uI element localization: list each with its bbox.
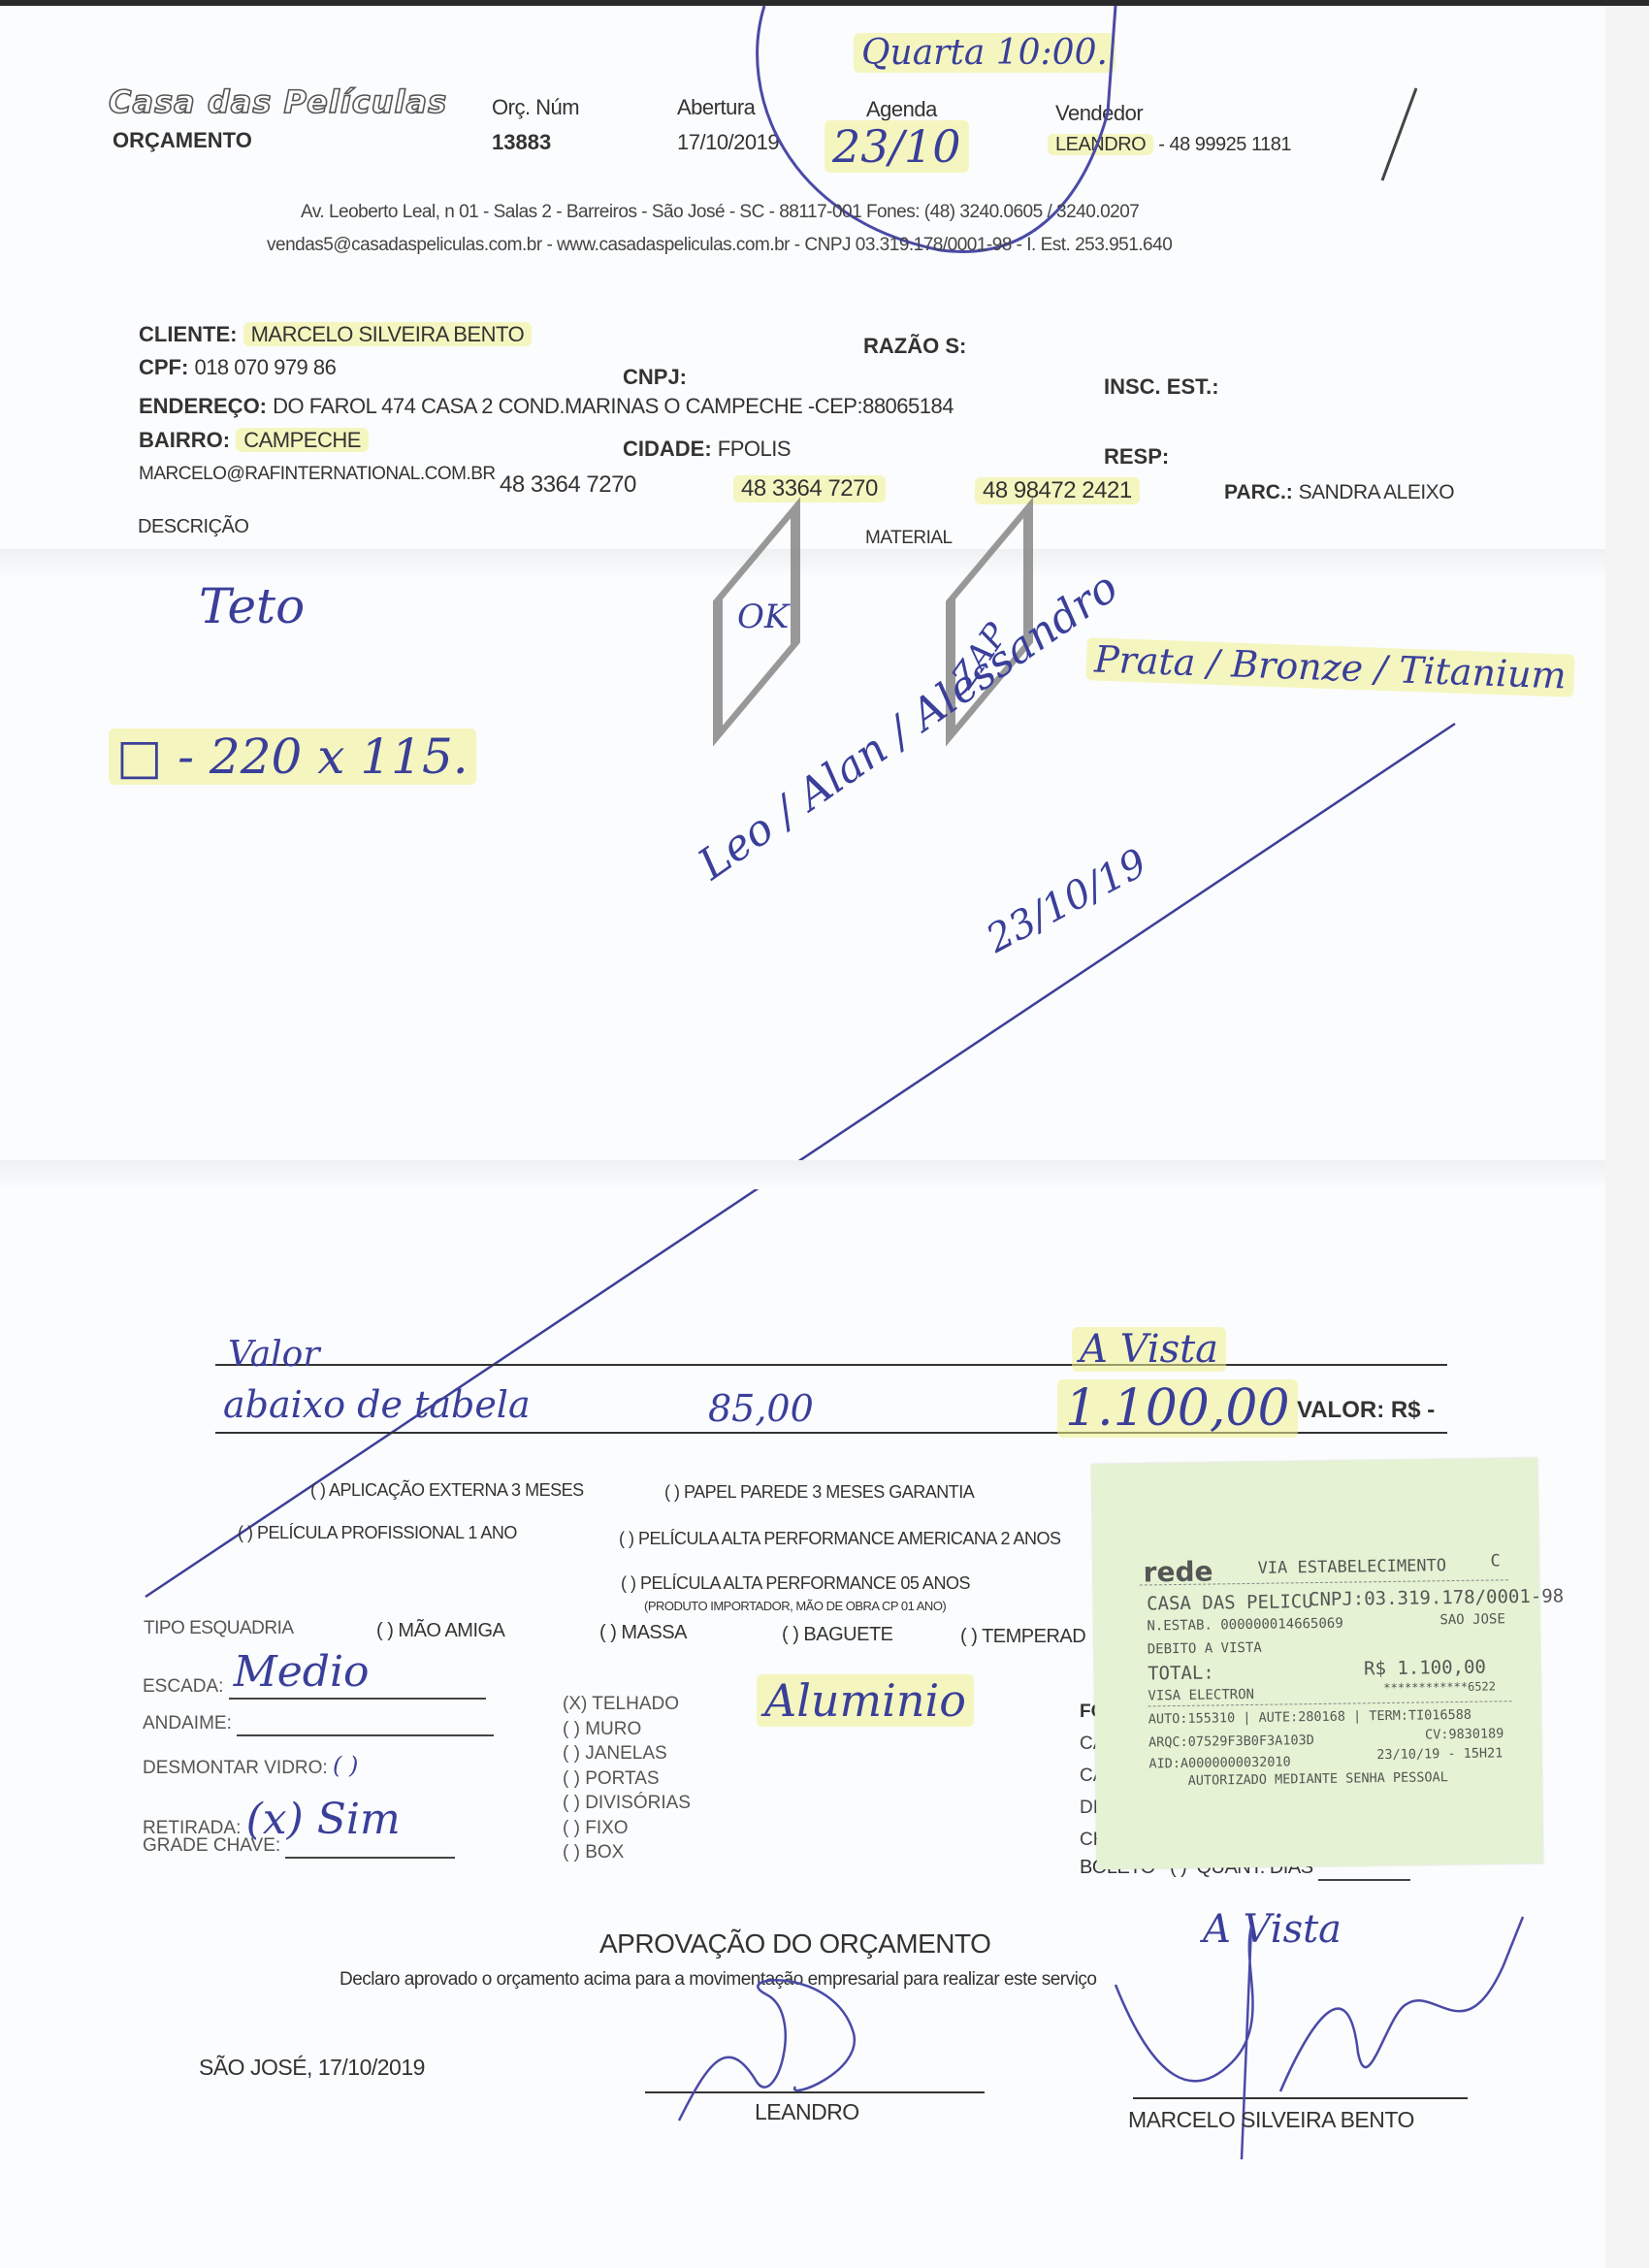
receipt-card-mask: ************6522 — [1383, 1679, 1496, 1695]
seller-name: LEANDRO — [755, 2099, 859, 2125]
escada-handwritten: Medio — [234, 1647, 370, 1697]
desmontar-vidro-label: DESMONTAR VIDRO: — [143, 1758, 328, 1778]
andaime-line — [237, 1713, 494, 1736]
esquadria-massa[interactable]: ( ) MASSA — [599, 1622, 687, 1644]
esquadria-baguete[interactable]: ( ) BAGUETE — [782, 1624, 893, 1646]
receipt-via-mark: C — [1490, 1551, 1501, 1571]
grade-chave-line — [285, 1835, 455, 1859]
handwritten-total: 1.100,00 — [1057, 1379, 1298, 1438]
grade-chave-field: GRADE CHAVE: — [143, 1835, 455, 1859]
escada-line: Medio — [229, 1676, 486, 1700]
desmontar-vidro-handwritten: ( ) — [333, 1752, 358, 1779]
receipt-via: VIA ESTABELECIMENTO — [1257, 1556, 1446, 1578]
pricing-rule-top — [215, 1364, 1447, 1366]
location-muro[interactable]: ( ) MURO — [563, 1717, 691, 1742]
option-pelicula-americana[interactable]: ( ) PELÍCULA ALTA PERFORMANCE AMERICANA … — [619, 1529, 1060, 1549]
handwritten-payment-mode: A Vista — [1072, 1327, 1226, 1372]
esquadria-mao-amiga[interactable]: ( ) MÃO AMIGA — [376, 1620, 504, 1642]
receipt-total-value: R$ 1.100,00 — [1364, 1657, 1486, 1680]
handwritten-below-table-note: abaixo de tabela — [223, 1383, 531, 1426]
paper-fold — [0, 1160, 1605, 1189]
location-divisorias[interactable]: ( ) DIVISÓRIAS — [563, 1791, 691, 1816]
receipt-merchant: CASA DAS PELICU — [1147, 1591, 1313, 1614]
receipt-type: DEBITO A VISTA — [1148, 1640, 1262, 1658]
budget-document: Casa das Películas ORÇAMENTO Orç. Núm 13… — [0, 6, 1605, 2268]
receipt-estab: N.ESTAB. 000000014665069 — [1147, 1616, 1343, 1635]
escada-label: ESCADA: — [143, 1676, 223, 1697]
receipt-card-brand: VISA ELECTRON — [1148, 1687, 1254, 1704]
valor-label: VALOR: R$ - — [1297, 1397, 1435, 1424]
location-options: (X) TELHADO ( ) MURO ( ) JANELAS ( ) POR… — [563, 1692, 691, 1865]
card-payment-receipt: rede VIA ESTABELECIMENTO C CASA DAS PELI… — [1091, 1458, 1543, 1869]
option-aplicacao-externa[interactable]: ( ) APLICAÇÃO EXTERNA 3 MESES — [310, 1480, 584, 1501]
receipt-city: SAO JOSE — [1439, 1611, 1505, 1628]
receipt-total-label: TOTAL: — [1148, 1662, 1214, 1684]
receipt-footer: AUTORIZADO MEDIANTE SENHA PESSOAL — [1188, 1769, 1448, 1789]
location-janelas[interactable]: ( ) JANELAS — [563, 1741, 691, 1766]
receipt-aid: AID:A0000000032010 — [1148, 1754, 1291, 1771]
receipt-arqc: ARQC:07529F3B0F3A103D — [1148, 1733, 1314, 1750]
desmontar-vidro-field: DESMONTAR VIDRO: ( ) — [143, 1752, 358, 1779]
andaime-field: ANDAIME: — [143, 1713, 494, 1736]
handwritten-frame-material: Aluminio — [757, 1674, 974, 1727]
location-fixo[interactable]: ( ) FIXO — [563, 1816, 691, 1841]
approval-title: APROVAÇÃO DO ORÇAMENTO — [599, 1928, 990, 1960]
location-box[interactable]: ( ) BOX — [563, 1840, 691, 1865]
location-telhado[interactable]: (X) TELHADO — [563, 1692, 691, 1717]
location-portas[interactable]: ( ) PORTAS — [563, 1766, 691, 1792]
handwritten-valor: Valor — [228, 1335, 320, 1375]
receipt-cnpj: CNPJ:03.319.178/0001-98 — [1309, 1585, 1564, 1610]
receipt-auth-line: AUTO:155310 | AUTE:280168 | TERM:TI01658… — [1148, 1707, 1471, 1728]
client-name: MARCELO SILVEIRA BENTO — [1128, 2107, 1414, 2133]
handwritten-unit-price: 85,00 — [708, 1387, 814, 1430]
andaime-label: ANDAIME: — [143, 1713, 232, 1733]
option-papel-parede[interactable]: ( ) PAPEL PAREDE 3 MESES GARANTIA — [664, 1482, 974, 1503]
option-pelicula-05-anos[interactable]: ( ) PELÍCULA ALTA PERFORMANCE 05 ANOS — [621, 1573, 970, 1594]
tipo-esquadria-label: TIPO ESQUADRIA — [144, 1618, 294, 1639]
receipt-datetime: 23/10/19 - 15H21 — [1376, 1745, 1503, 1763]
esquadria-temperado[interactable]: ( ) TEMPERAD — [960, 1626, 1085, 1648]
approval-place-date: SÃO JOSÉ, 17/10/2019 — [199, 2055, 425, 2081]
grade-chave-label: GRADE CHAVE: — [143, 1835, 280, 1856]
option-pelicula-profissional[interactable]: ( ) PELÍCULA PROFISSIONAL 1 ANO — [238, 1523, 517, 1543]
escada-field: ESCADA: Medio — [143, 1676, 486, 1700]
option-pelicula-05-anos-note: (PRODUTO IMPORTADOR, MÃO DE OBRA CP 01 A… — [644, 1599, 946, 1613]
receipt-cv: CV:9830189 — [1425, 1726, 1503, 1742]
